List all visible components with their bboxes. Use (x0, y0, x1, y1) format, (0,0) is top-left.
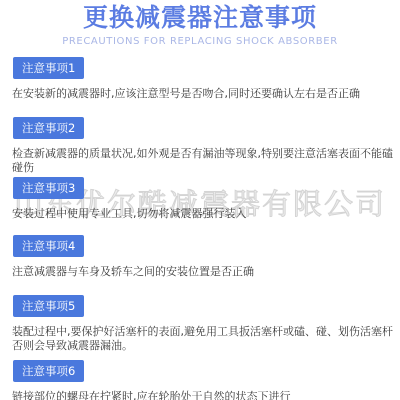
notice-badge-5: 注意事项5 (13, 295, 84, 317)
notice-text-4: 注意减震器与车身及轿车之间的安装位置是否正确 (12, 265, 398, 279)
notice-badge-1: 注意事项1 (13, 57, 84, 79)
notice-text-6: 链接部位的螺母在拧紧时,应在轮胎处于自然的状态下进行 (12, 390, 398, 400)
precaution-section-4: 注意事项4 注意减震器与车身及轿车之间的安装位置是否正确 (13, 235, 398, 279)
notice-text-2: 检查新减震器的质量状况,如外观是否有漏油等现象,特别要注意活塞表面不能磕碰伤 (12, 147, 398, 175)
precaution-section-3: 注意事项3 安装过程中使用专业工具,切勿将减震器强行装入 (13, 177, 398, 221)
notice-badge-4: 注意事项4 (13, 235, 84, 257)
precaution-section-2: 注意事项2 检查新减震器的质量状况,如外观是否有漏油等现象,特别要注意活塞表面不… (13, 117, 398, 175)
notice-text-5-line2: 否则会导致减震器漏油。 (12, 339, 398, 353)
notice-text-5: 装配过程中,要保护好活塞杆的表面,避免用工具扳活塞杆或磕、碰、划伤活塞杆 (12, 325, 398, 339)
page-subtitle: PRECAUTIONS FOR REPLACING SHOCK ABSORBER (0, 36, 400, 47)
product-precautions-page: 更换减震器注意事项 PRECAUTIONS FOR REPLACING SHOC… (0, 0, 400, 400)
notice-text-1: 在安装新的减震器时,应该注意型号是否吻合,同时还要确认左右是否正确 (12, 87, 398, 101)
notice-badge-2: 注意事项2 (13, 117, 84, 139)
precaution-section-1: 注意事项1 在安装新的减震器时,应该注意型号是否吻合,同时还要确认左右是否正确 (13, 57, 398, 101)
page-header: 更换减震器注意事项 PRECAUTIONS FOR REPLACING SHOC… (0, 3, 400, 47)
page-title: 更换减震器注意事项 (0, 3, 400, 33)
precaution-section-6: 注意事项6 链接部位的螺母在拧紧时,应在轮胎处于自然的状态下进行 (13, 360, 398, 400)
notice-badge-3: 注意事项3 (13, 177, 84, 199)
precaution-section-5: 注意事项5 装配过程中,要保护好活塞杆的表面,避免用工具扳活塞杆或磕、碰、划伤活… (13, 295, 398, 353)
notice-text-3: 安装过程中使用专业工具,切勿将减震器强行装入 (12, 207, 398, 221)
notice-badge-6: 注意事项6 (13, 360, 84, 382)
